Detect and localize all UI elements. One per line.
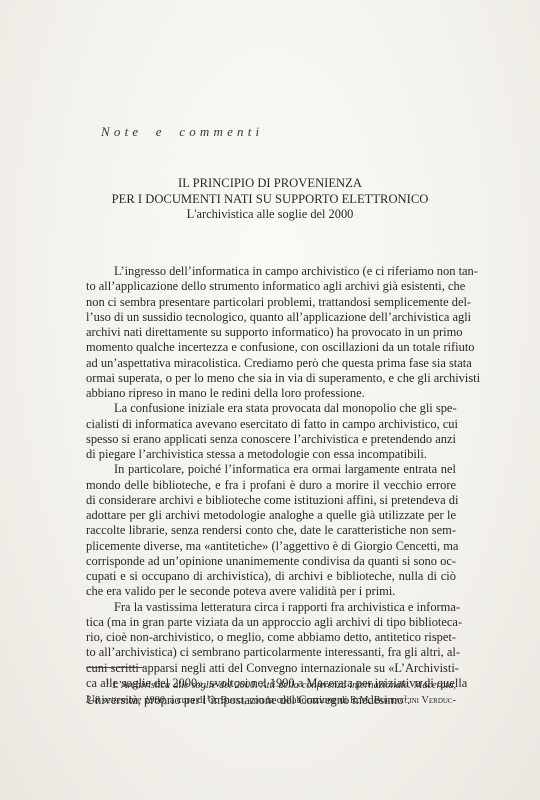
paragraph-3-line: mondo delle biblioteche, e fra i profani… [86, 478, 456, 493]
section-heading: Note e commenti [101, 124, 263, 140]
paragraph-4-line: cuni scritti apparsi negli atti del Conv… [86, 661, 456, 676]
paragraph-1-line: L’ingresso dell’informatica in campo arc… [86, 264, 456, 279]
document-page: Note e commenti IL PRINCIPIO DI PROVENIE… [0, 0, 540, 800]
paragraph-1-line: archivi nati direttamente su supporto in… [86, 325, 456, 340]
paragraph-4-line: rio, cioè non-archivistico, o meglio, co… [86, 630, 456, 645]
footnote-dates: 3-8 settembre 1990 [86, 695, 165, 706]
footnote-editor: Bucci [221, 695, 245, 706]
footnote-divider [86, 667, 144, 668]
footnote-text: , con la collaborazione di R.M. [244, 695, 374, 706]
body-text: L’ingresso dell’informatica in campo arc… [86, 264, 456, 706]
footnotes: 1 L’Archivistica alle soglie del 2000. A… [86, 675, 456, 708]
paragraph-1-line: ormai superata, o per lo meno che sia in… [86, 371, 456, 386]
paragraph-4-line: Fra la vastissima letteratura circa i ra… [86, 600, 456, 615]
footnote-text: , a cura di O. [165, 695, 221, 706]
footnote-title: L’Archivistica alle soglie del 2000. Att… [113, 680, 456, 691]
paragraph-3-line: plicemente diverse, ma «antitetiche» (l’… [86, 539, 456, 554]
paragraph-3-line: cupati e si occupano di archivistica), d… [86, 569, 456, 584]
paragraph-1-line: to all’applicazione dello strumento info… [86, 279, 456, 294]
paragraph-3-line: che era valido per le seconde poteva ave… [86, 584, 456, 599]
paragraph-1-line: momento qualche incertezza e confusione,… [86, 340, 456, 355]
paragraph-1-line: non ci sembra presentare particolari pro… [86, 295, 456, 310]
paragraph-2-line: cialisti di informatica avevano esercita… [86, 417, 456, 432]
paragraph-2-line: La confusione iniziale era stata provoca… [86, 401, 456, 416]
paragraph-3-line: di considerare archivi e biblioteche com… [86, 493, 456, 508]
title-line-1: IL PRINCIPIO DI PROVENIENZA [86, 176, 454, 192]
title-line-2: PER I DOCUMENTI NATI SU SUPPORTO ELETTRO… [86, 192, 454, 208]
paragraph-3-line: adottare per gli archivi metodologie ana… [86, 508, 456, 523]
paragraph-1-line: abbiano ripreso in mano le redini della … [86, 386, 456, 401]
article-subtitle: L'archivistica alle soglie del 2000 [86, 207, 454, 223]
paragraph-4-line: tica (ma in gran parte viziata da un app… [86, 615, 456, 630]
article-title: IL PRINCIPIO DI PROVENIENZA PER I DOCUME… [86, 176, 454, 223]
paragraph-2-line: spesso si erano applicati senza conoscer… [86, 432, 456, 447]
paragraph-3-line: corrisponde ad un’opinione unanimemente … [86, 554, 456, 569]
paragraph-4-line: to all’archivistica) ci sembrano partico… [86, 645, 456, 660]
footnote-1-line-2: 3-8 settembre 1990, a cura di O. Bucci, … [86, 693, 456, 708]
footnote-1-line-1: 1 L’Archivistica alle soglie del 2000. A… [86, 675, 456, 693]
footnote-number: 1 [106, 678, 110, 686]
paragraph-3-line: raccolte librarie, senza rendersi conto … [86, 523, 456, 538]
paragraph-1-line: l’uso di un sussidio tecnologico, quanto… [86, 310, 456, 325]
paragraph-2-line: di piegare l’archivistica stessa a metod… [86, 447, 456, 462]
paragraph-3-line: In particolare, poiché l’informatica era… [86, 462, 456, 477]
paragraph-1-line: ad un’aspettativa miracolistica. Crediam… [86, 356, 456, 371]
footnote-collaborator: Borraccini Verduc- [374, 695, 456, 706]
